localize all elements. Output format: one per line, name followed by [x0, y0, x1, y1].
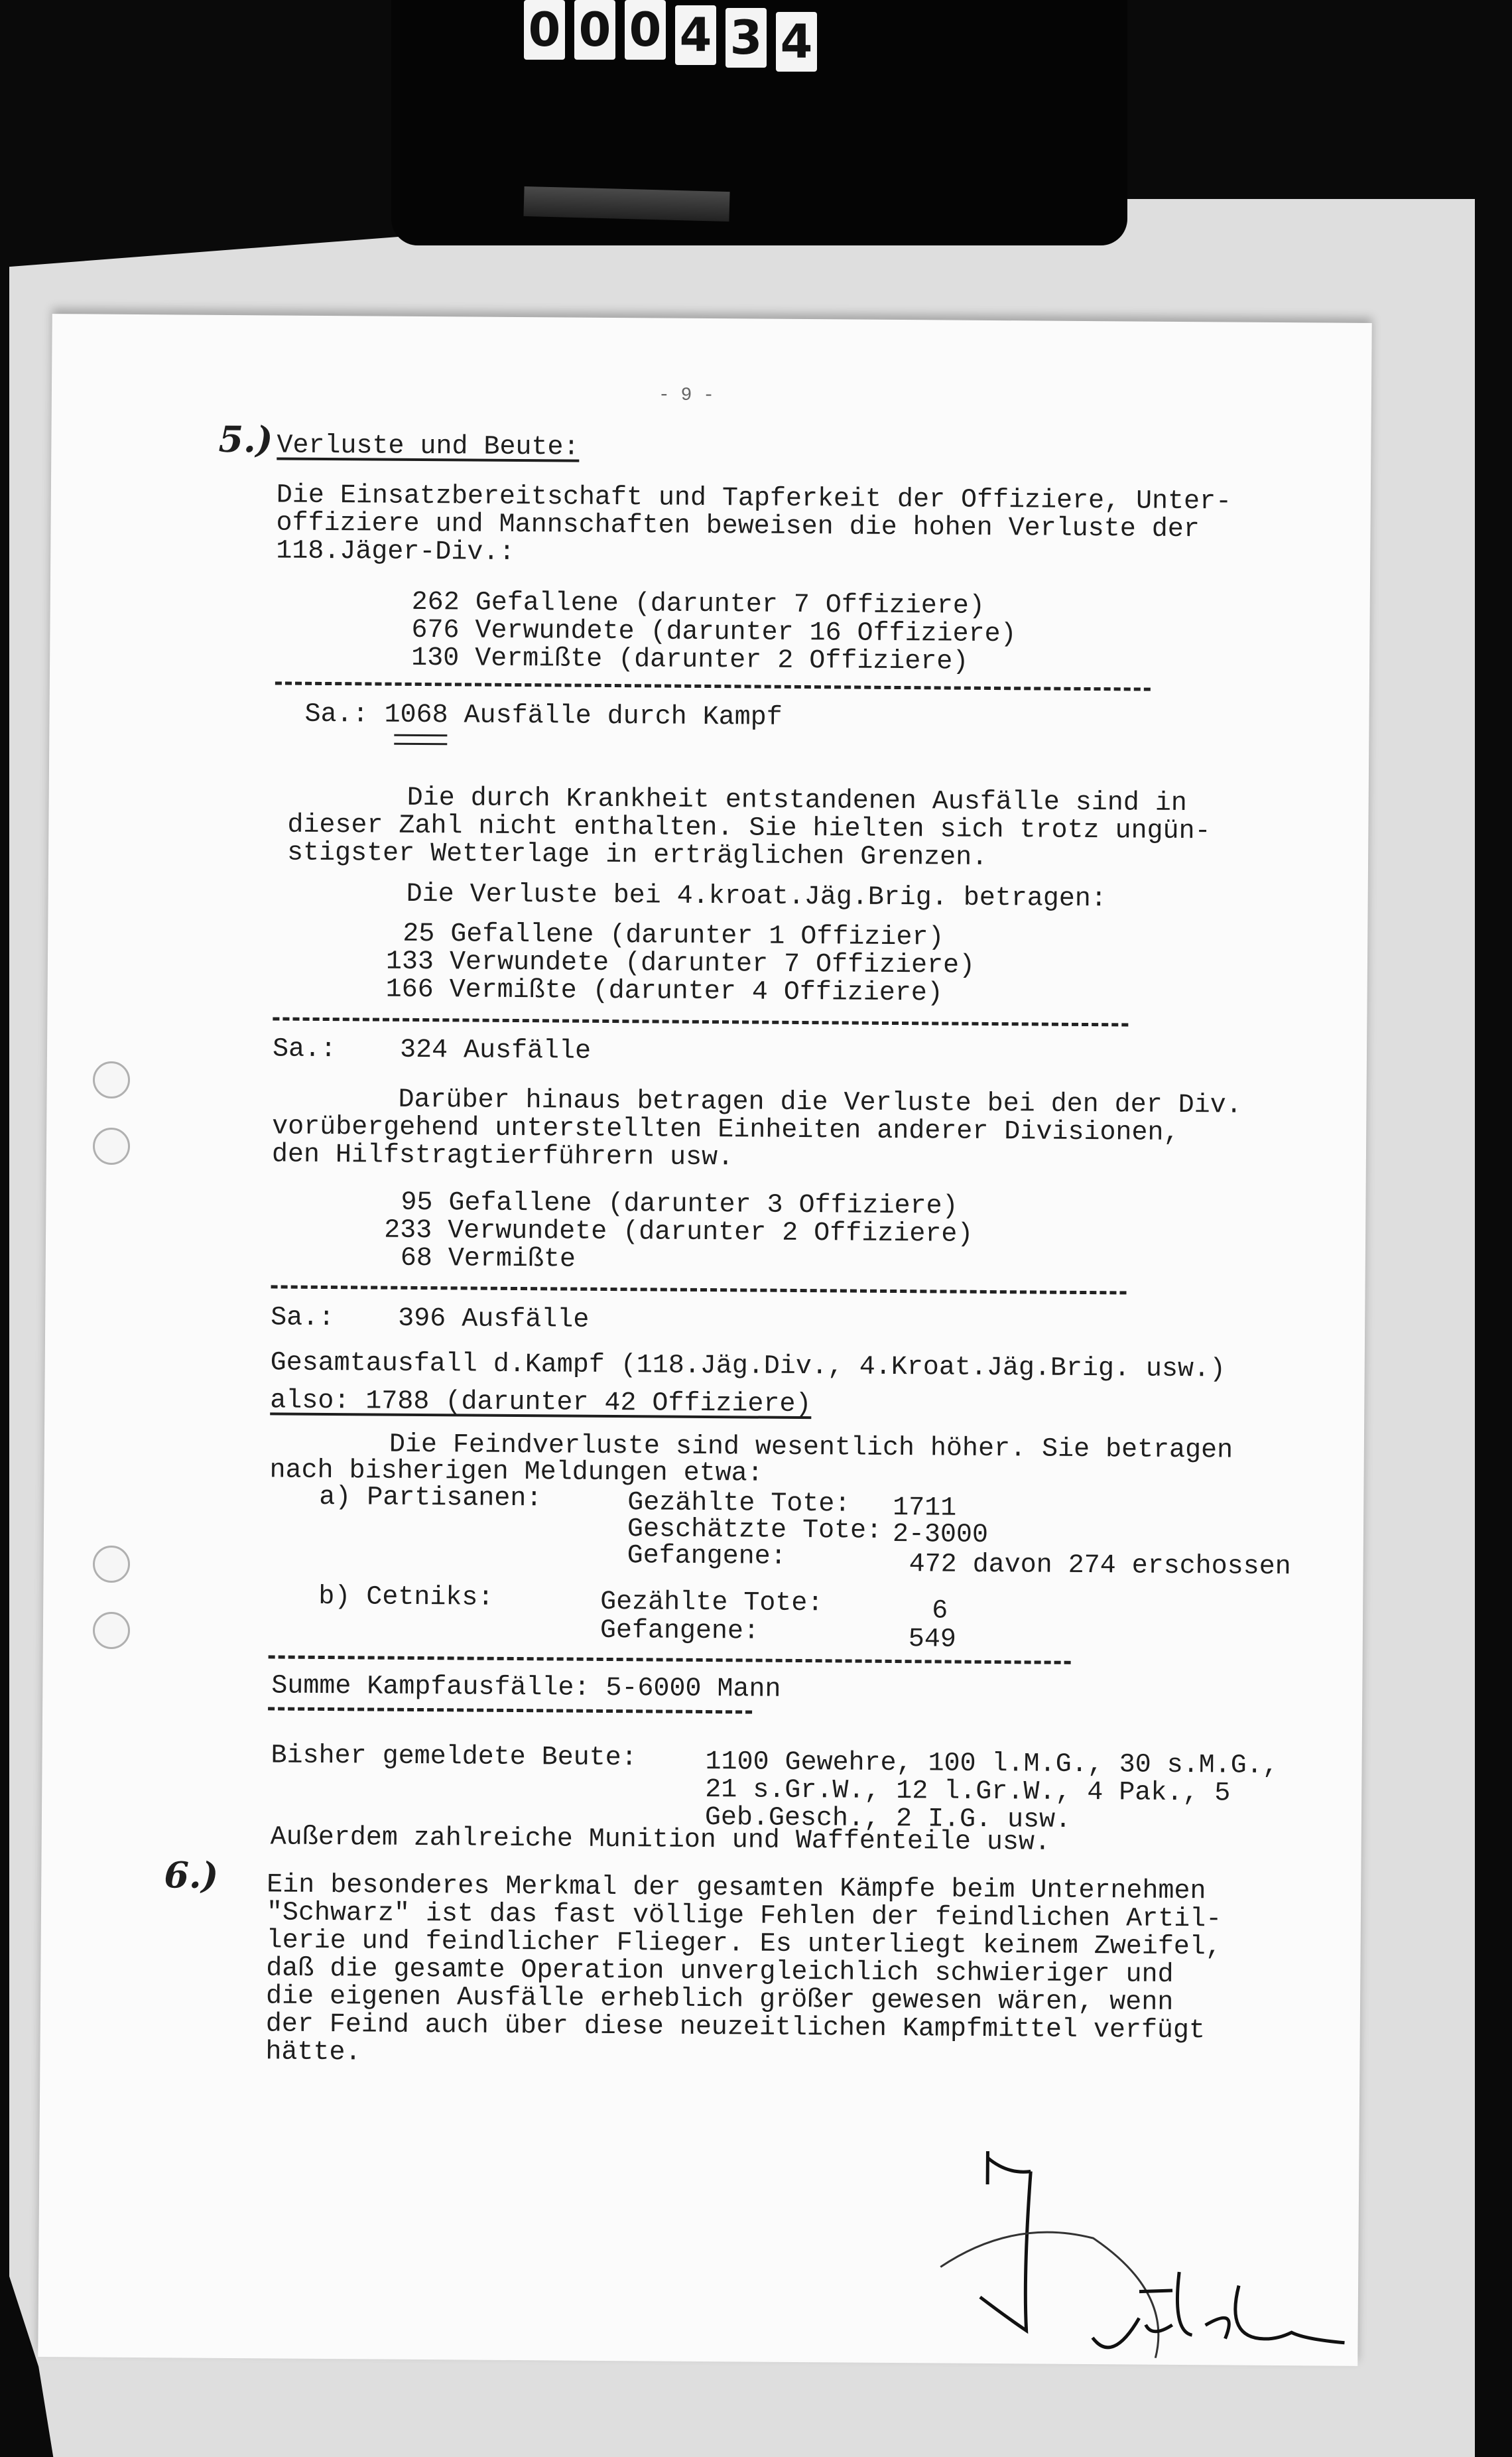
loss-text: Vermißte (darunter 2 Offiziere): [475, 644, 968, 677]
enemy-total: Summe Kampfausfälle: 5-6000 Mann: [271, 1672, 781, 1704]
loss-row: 68 Vermißte: [401, 1244, 576, 1275]
document-content: - 9 - 5.) Verluste und Beute: Die Einsat…: [38, 314, 1371, 2366]
counter-digit: 0: [574, 0, 615, 60]
enemy-value: 6: [932, 1597, 948, 1626]
divider: [275, 681, 1151, 691]
enemy-key: Gefangene:: [627, 1542, 787, 1572]
booty-extra: Außerdem zahlreiche Munition und Waffent…: [271, 1823, 1050, 1857]
cetniks-label: b) Cetniks:: [318, 1583, 493, 1613]
loss-count: 233: [384, 1216, 432, 1246]
loss-row: 130 Vermißte (darunter 2 Offiziere): [411, 644, 968, 677]
divider: [271, 1285, 1127, 1294]
subtotal-text: Ausfälle: [464, 1035, 591, 1066]
brigade-intro: Die Verluste bei 4.kroat.Jäg.Brig. betra…: [407, 880, 1107, 914]
subtotal-value: 324: [400, 1035, 448, 1066]
counter-label-plate: [523, 186, 729, 222]
subtotal-row: Sa.: 324 Ausfälle: [273, 1035, 591, 1066]
punch-hole: [93, 1061, 130, 1098]
divider: [269, 1655, 1071, 1664]
page-marker: - 9 -: [659, 381, 714, 411]
note-line: stigster Wetterlage in erträglichen Gren…: [287, 839, 987, 873]
loss-count: 166: [386, 975, 434, 1006]
subtotal-row: Sa.: 1068 Ausfälle durch Kampf: [304, 700, 782, 733]
handwritten-signature: Stahl: [893, 2137, 1399, 2359]
subtotal-label: Sa.:: [273, 1034, 336, 1065]
counter-digit: 4: [776, 12, 817, 72]
punch-hole: [93, 1546, 130, 1583]
subtotal-label: Sa.:: [271, 1303, 334, 1333]
partisans-label: a) Partisanen:: [319, 1483, 542, 1514]
subtotal-value: 1068: [384, 700, 448, 731]
section-heading: Verluste und Beute:: [277, 431, 579, 462]
section-number-5: 5.): [218, 425, 273, 454]
subtotal-text: Ausfälle durch Kampf: [464, 700, 782, 732]
loss-text: Vermißte: [448, 1244, 576, 1274]
punch-hole: [93, 1612, 130, 1649]
counter-digit: 3: [725, 8, 767, 68]
subtotal-row: Sa.: 396 Ausfälle: [271, 1303, 589, 1335]
enemy-key: Gefangene:: [600, 1617, 759, 1647]
loss-row: 166 Vermißte (darunter 4 Offiziere): [386, 976, 943, 1009]
punch-hole: [93, 1128, 130, 1165]
loss-count: 68: [401, 1244, 432, 1274]
grand-total-line: Gesamtausfall d.Kampf (118.Jäg.Div., 4.K…: [271, 1349, 1226, 1384]
loss-count: 676: [411, 616, 459, 646]
enemy-value: 549: [909, 1625, 956, 1655]
loss-text: Vermißte (darunter 4 Offiziere): [450, 975, 943, 1008]
double-underline: [394, 734, 447, 746]
document-page: - 9 - 5.) Verluste und Beute: Die Einsat…: [38, 314, 1371, 2366]
intro-line: 118.Jäger-Div.:: [276, 537, 515, 568]
subtotal-value: 396: [398, 1304, 446, 1335]
divider: [268, 1707, 752, 1713]
loss-count: 25: [403, 919, 434, 949]
frame-counter: 0 0 0 4 3 4: [524, 0, 817, 72]
subtotal-text: Ausfälle: [462, 1304, 589, 1335]
section6-line: hätte.: [265, 2038, 361, 2068]
counter-digit: 4: [675, 5, 716, 65]
attached-line: den Hilfstragtierführern usw.: [272, 1140, 733, 1173]
loss-count: 262: [412, 588, 460, 618]
counter-digit: 0: [524, 0, 565, 60]
loss-count: 133: [386, 947, 434, 978]
subtotal-label: Sa.:: [304, 700, 368, 730]
section6-line: der Feind auch über diese neuzeitlichen …: [266, 2010, 1206, 2046]
counter-digit: 0: [625, 0, 666, 60]
loss-count: 130: [411, 643, 459, 674]
grand-total-value: also: 1788 (darunter 42 Offiziere): [270, 1386, 811, 1420]
enemy-value: 472 davon 274 erschossen: [909, 1550, 1291, 1582]
divider: [273, 1017, 1128, 1026]
loss-count: 95: [401, 1188, 432, 1218]
enemy-value: 2-3000: [893, 1520, 988, 1550]
enemy-key: Gezählte Tote:: [600, 1588, 823, 1619]
booty-label: Bisher gemeldete Beute:: [271, 1741, 637, 1773]
section-number-6: 6.): [164, 1860, 218, 1890]
enemy-value: 1711: [893, 1494, 956, 1524]
